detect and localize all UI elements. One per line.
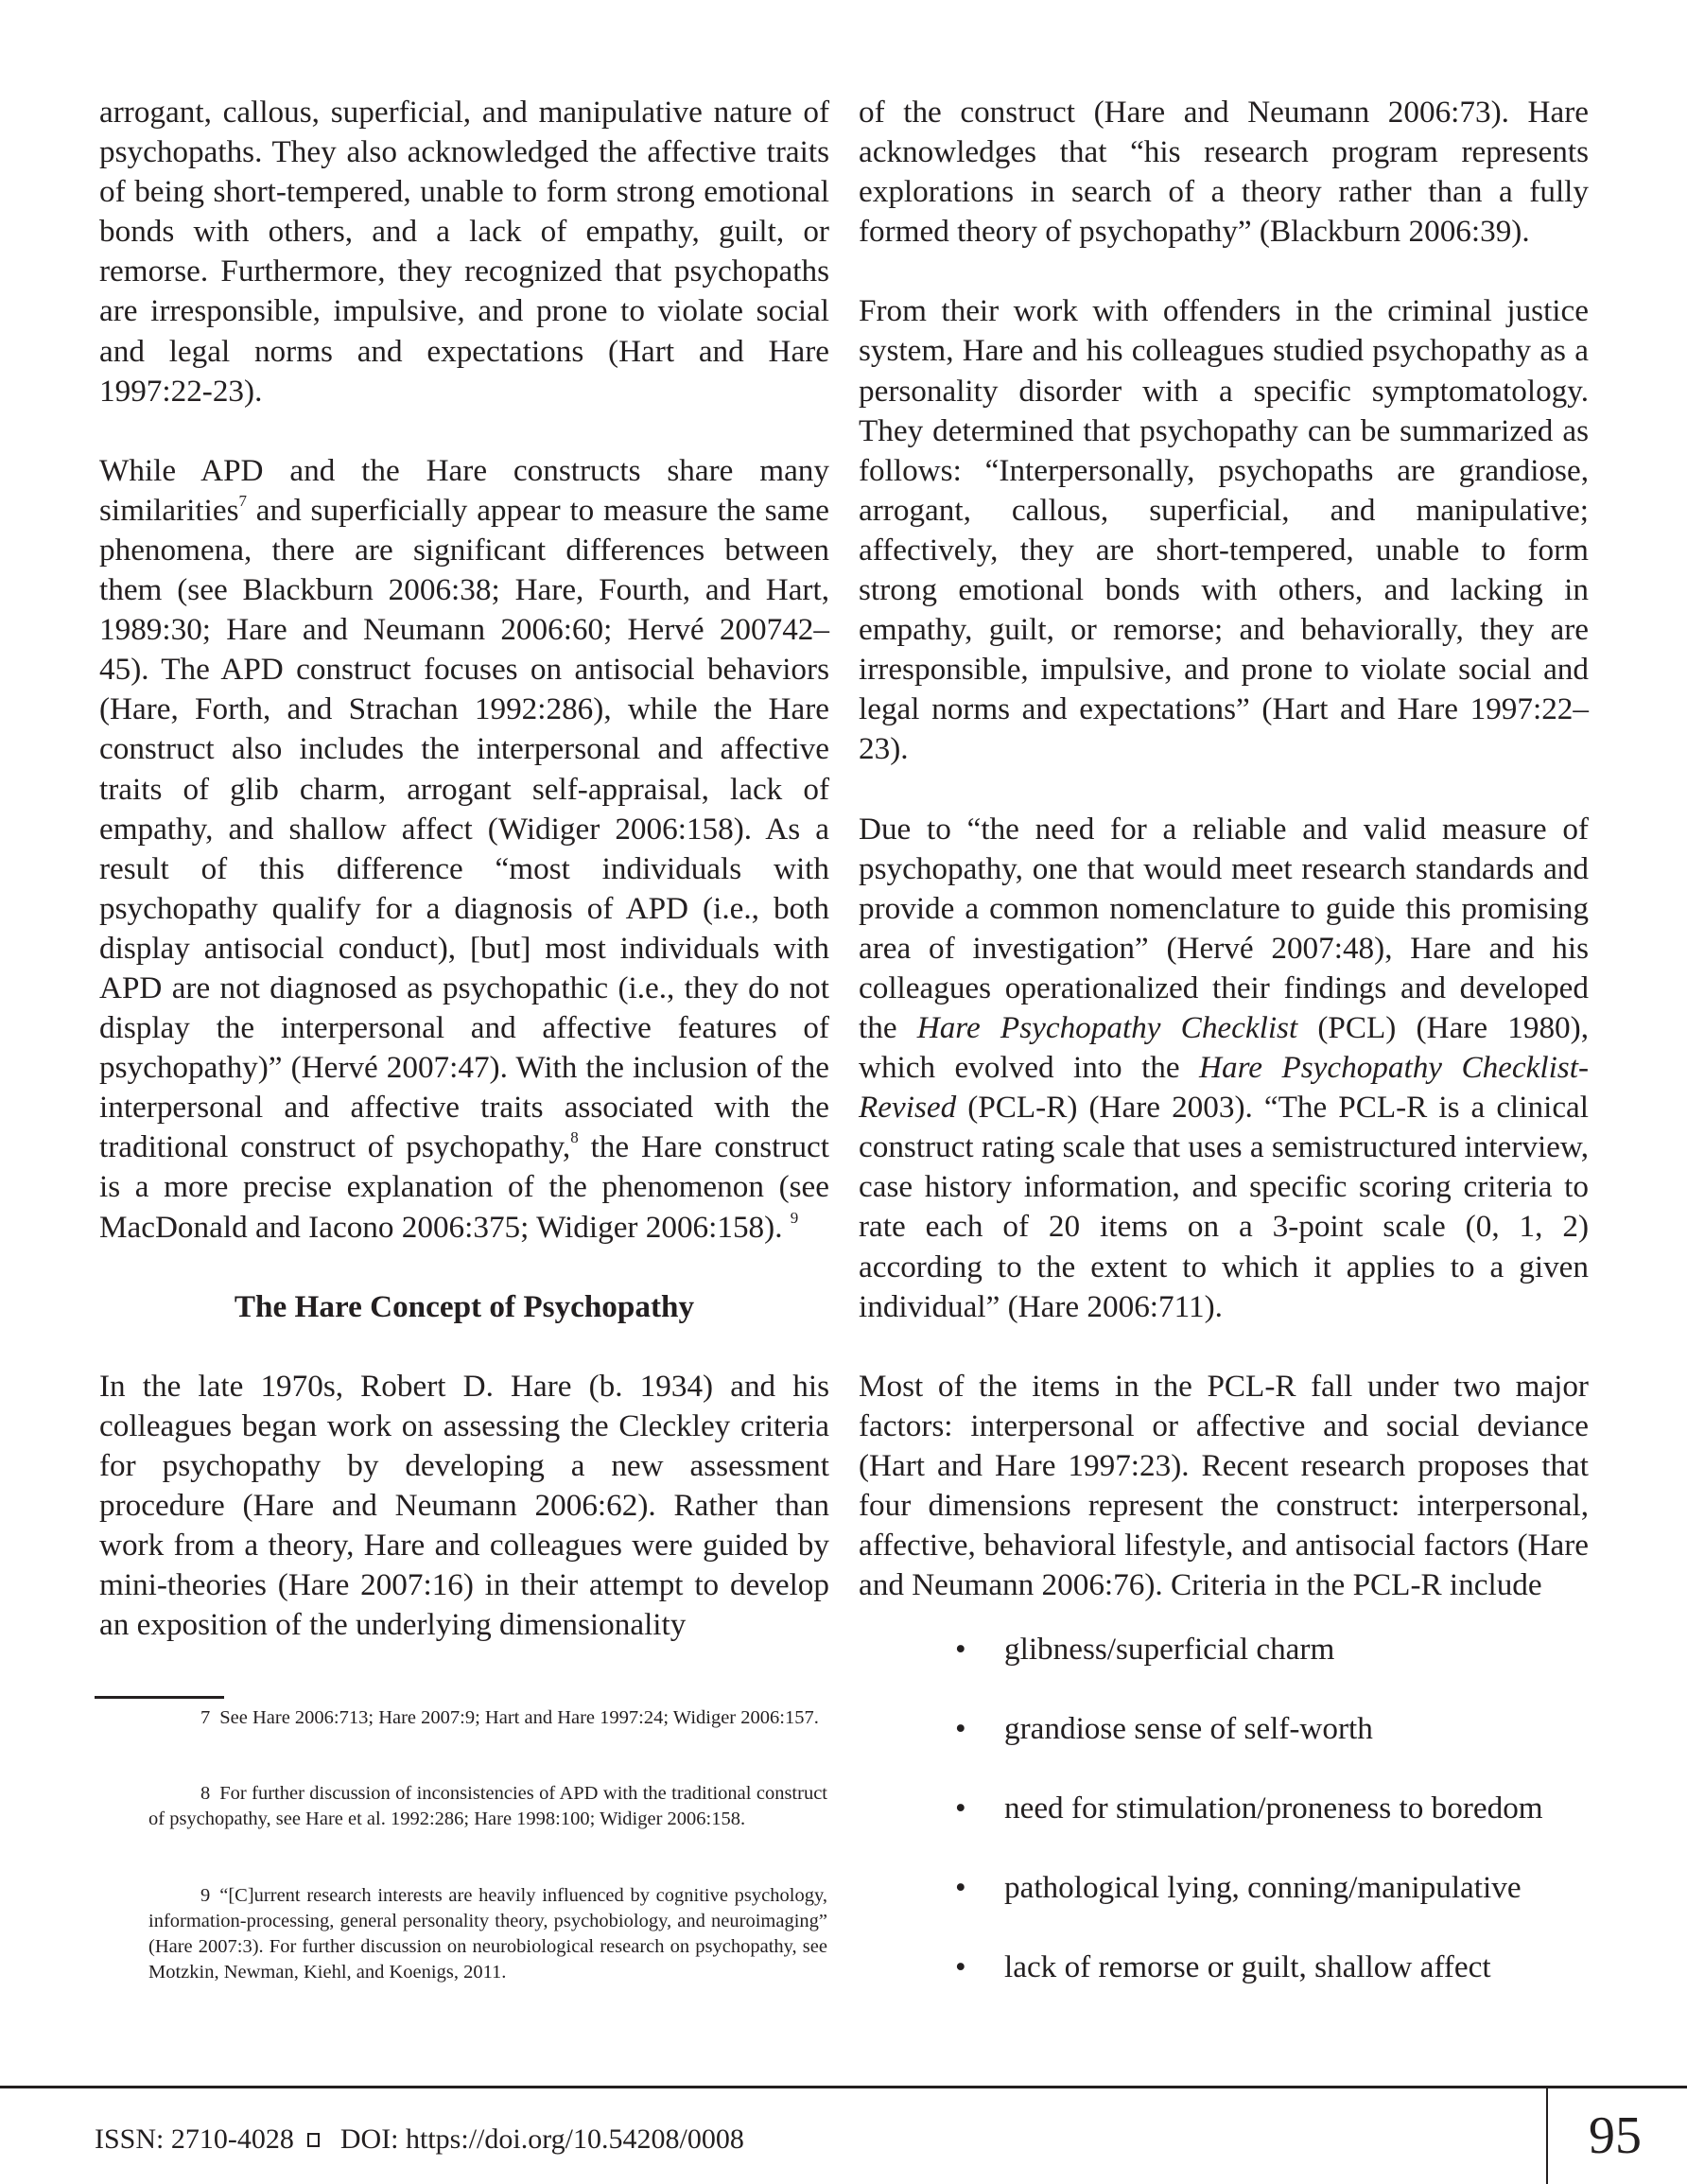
footnote-7: 7See Hare 2006:713; Hare 2007:9; Hart an… xyxy=(148,1705,827,1731)
footnote-ref-8[interactable]: 8 xyxy=(570,1128,579,1146)
footnote-divider xyxy=(95,1696,224,1699)
bullet-icon: • xyxy=(955,1630,966,1669)
paragraph: Due to “the need for a reliable and vali… xyxy=(859,810,1589,1327)
right-column: of the construct (Hare and Neumann 2006:… xyxy=(859,93,1589,2027)
doi-link[interactable]: DOI: https://doi.org/10.54208/0008 xyxy=(340,2123,744,2155)
bullet-icon: • xyxy=(955,1948,966,1987)
footnotes: 7See Hare 2006:713; Hare 2007:9; Hart an… xyxy=(148,1705,827,2035)
paragraph: arrogant, callous, superficial, and mani… xyxy=(99,93,829,411)
issn: ISSN: 2710-4028 xyxy=(95,2123,294,2155)
footer-divider xyxy=(0,2086,1687,2088)
list-item: •need for stimulation/proneness to bored… xyxy=(859,1789,1589,1868)
list-item: •pathological lying, conning/manipulativ… xyxy=(859,1868,1589,1948)
footnote-8: 8For further discussion of inconsistenci… xyxy=(148,1781,827,1832)
list-item: •grandiose sense of self-worth xyxy=(859,1709,1589,1789)
bullet-icon: • xyxy=(955,1868,966,1908)
page-number: 95 xyxy=(1589,2107,1642,2164)
footnote-ref-7[interactable]: 7 xyxy=(238,492,247,510)
footer-vertical-divider xyxy=(1546,2088,1548,2184)
title-pcl: Hare Psychopathy Checklist xyxy=(917,1010,1297,1045)
list-item: •glibness/superficial charm xyxy=(859,1630,1589,1709)
paragraph: In the late 1970s, Robert D. Hare (b. 19… xyxy=(99,1367,829,1646)
footnote-ref-9[interactable]: 9 xyxy=(791,1209,799,1227)
criteria-list: •glibness/superficial charm •grandiose s… xyxy=(859,1630,1589,2027)
square-separator-icon xyxy=(307,2133,320,2147)
paragraph: Most of the items in the PCL-R fall unde… xyxy=(859,1367,1589,1606)
paragraph: While APD and the Hare constructs share … xyxy=(99,451,829,1248)
footer: ISSN: 2710-4028DOI: https://doi.org/10.5… xyxy=(95,2123,744,2157)
footnote-9: 9“[C]urrent research interests are heavi… xyxy=(148,1883,827,1986)
bullet-icon: • xyxy=(955,1789,966,1828)
paragraph: of the construct (Hare and Neumann 2006:… xyxy=(859,93,1589,252)
section-heading: The Hare Concept of Psychopathy xyxy=(99,1287,829,1327)
list-item: •lack of remorse or guilt, shallow affec… xyxy=(859,1948,1589,2027)
paragraph: From their work with offenders in the cr… xyxy=(859,291,1589,769)
left-column: arrogant, callous, superficial, and mani… xyxy=(99,93,829,1645)
bullet-icon: • xyxy=(955,1709,966,1749)
